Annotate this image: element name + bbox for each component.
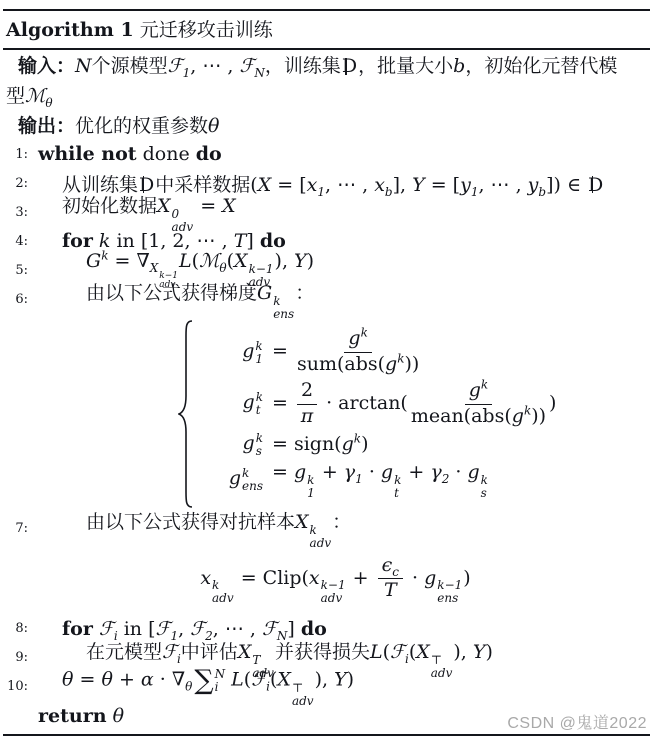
blackboard-D: D [341,55,358,77]
line-number: 9: [6,650,28,665]
gradient-equation-group: gk1= gksum(abs(gk))gkt= 2π · arctan(gkme… [178,320,647,508]
equation-row-2: gkt= 2π · arctan(gkmean(abs(gk))) [206,380,556,428]
algo-step-1: 1:while not done do [6,140,647,169]
algo-step-3: 3:初始化数据X0adv = X [6,198,647,227]
blackboard-D: D [587,174,604,196]
equation-row-4: gkens= gk1 + γ1 · gkt + γ2 · gks [206,461,556,499]
blackboard-D: D [138,174,155,196]
equation-row-3: gks= sign(gk) [206,432,556,457]
line-content: while not done do [38,143,222,165]
line-number: 6: [6,292,28,307]
io-line-2: 型ℳθ [6,80,647,110]
line-number: 1: [6,147,28,162]
sum-operator: ∑Ni [194,667,226,694]
algo-step-10: 10:θ = θ + α · ∇θ∑NiL(ℱi(X⊤adv), Y) [6,672,647,701]
line-number: 3: [6,205,28,220]
line-number: 2: [6,176,28,191]
left-brace-icon [178,320,194,508]
algorithm-title-cjk: 元迁移攻击训练 [140,20,273,41]
line-number: 5: [6,263,28,278]
line-content: 型ℳθ [6,81,53,108]
line-content: 由以下公式获得对抗样本Xkadv： [38,507,351,549]
line-number: 10: [6,679,28,694]
line-content: 输出：优化的权重参数θ [6,111,219,138]
line-number: 8: [6,621,28,636]
io-line-3: 输出：优化的权重参数θ [6,110,647,140]
bottom-rule [3,734,650,736]
equation-rows: gk1= gksum(abs(gk))gkt= 2π · arctan(gkme… [206,324,556,502]
watermark: CSDN @鬼道2022 [507,710,647,733]
equation-rhs: = sign(gk) [272,433,368,455]
line-content: 初始化数据X0adv = X [38,191,236,233]
algorithm-title: Algorithm 1 元迁移攻击训练 [3,11,650,48]
equation-rhs: = gk1 + γ1 · gkt + γ2 · gks [272,461,489,499]
equation-rhs: = gksum(abs(gk)) [272,328,422,376]
line-content: 输入：N个源模型ℱ1, ⋯ , ℱN，训练集D，批量大小b，初始化元替代模 [6,51,617,78]
line-number: 4: [6,234,28,249]
equation-row-1: gk1= gksum(abs(gk)) [206,328,556,376]
equation-lhs: gkt [206,391,264,416]
io-section: 输入：N个源模型ℱ1, ⋯ , ℱN，训练集D，批量大小b，初始化元替代模型ℳθ… [3,50,650,140]
algorithm-box: Algorithm 1 元迁移攻击训练 输入：N个源模型ℱ1, ⋯ , ℱN，训… [0,0,653,730]
equation-rhs: = 2π · arctan(gkmean(abs(gk))) [272,380,556,428]
algo-step-7: 7:由以下公式获得对抗样本Xkadv： [6,514,647,543]
equation-lhs: gkens [206,467,264,492]
line-content: θ = θ + α · ∇θ∑NiL(ℱi(X⊤adv), Y) [38,667,354,707]
equation-lhs: gk1 [206,340,264,365]
equation-content: xkadv = Clip(xk−1adv + ϵcT · gk−1ens) [200,555,470,605]
algorithm-body: 1:while not done do2:从训练集D中采样数据(X = [x1,… [3,140,650,731]
clip-update-equation: xkadv = Clip(xk−1adv + ϵcT · gk−1ens) [6,555,647,605]
algorithm-label: Algorithm 1 [6,19,134,41]
line-content: return θ [38,705,124,727]
line-content: for k in [1, 2, ⋯ , T] do [38,230,286,252]
io-line-1: 输入：N个源模型ℱ1, ⋯ , ℱN，训练集D，批量大小b，初始化元替代模 [6,50,647,80]
line-content: 由以下公式获得梯度Gkens： [38,278,314,320]
algo-step-6: 6:由以下公式获得梯度Gkens： [6,285,647,314]
equation-lhs: gks [206,432,264,457]
line-number: 7: [6,521,28,536]
